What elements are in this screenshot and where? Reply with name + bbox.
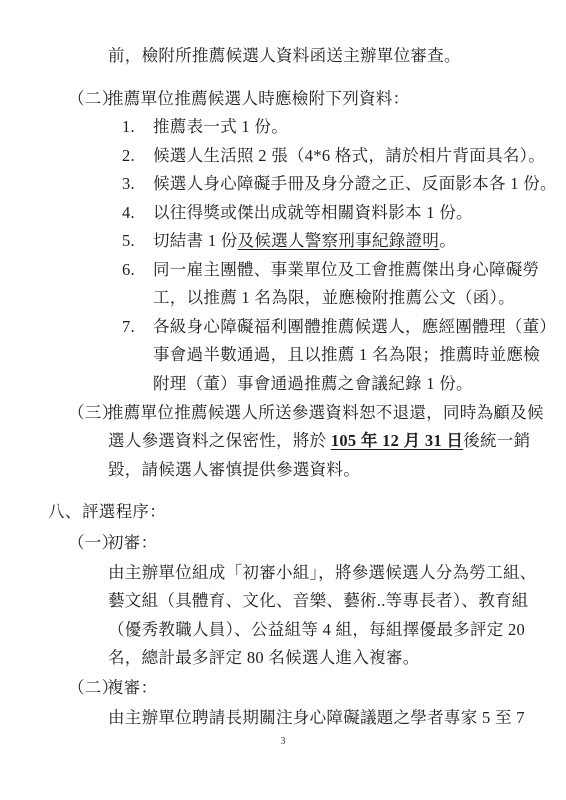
subsection-2-title: 推薦單位推薦候選人時應檢附下列資料： — [107, 89, 409, 108]
item-text: 推薦表一式 1 份。 — [153, 117, 288, 136]
initial-review-label: （一） — [68, 533, 107, 553]
item-number: 2. — [122, 146, 153, 166]
subsection-3-label: （三） — [68, 403, 107, 423]
item-text: 。 — [439, 231, 456, 250]
subsection-2-label: （二） — [68, 89, 107, 109]
second-review-label: （二） — [68, 678, 107, 698]
subsection-3-text: 推薦單位推薦候選人所送參選資料恕不退還，同時為顧及候 — [107, 403, 544, 422]
initial-review-line-2: 藝文組（具體育、文化、音樂、藝術..等專長者）、教育組 — [108, 591, 529, 611]
attachment-item-3: 3.候選人身心障礙手冊及身分證之正、反面影本各 1 份。 — [122, 174, 557, 194]
item-text: 候選人生活照 2 張（4*6 格式，請於相片背面具名）。 — [153, 146, 545, 165]
carryover-line: 前，檢附所推薦候選人資料函送主辦單位審查。 — [108, 46, 461, 66]
initial-review-line-1: 由主辦單位組成「初審小組」，將參選候選人分為勞工組、 — [108, 563, 537, 583]
second-review-line-1: 由主辦單位聘請長期關注身心障礙議題之學者專家 5 至 7 — [108, 708, 525, 728]
subsection-2-heading: （二）推薦單位推薦候選人時應檢附下列資料： — [68, 89, 409, 109]
item-text-underlined: 及候選人警察刑事紀錄證明 — [238, 231, 440, 250]
deadline-date: 105 年 12 月 31 日 — [331, 431, 463, 450]
item-text: 候選人身心障礙手冊及身分證之正、反面影本各 1 份。 — [153, 174, 557, 193]
subsection-3-heading: （三）推薦單位推薦候選人所送參選資料恕不退還，同時為顧及候 — [68, 403, 544, 423]
item-number: 4. — [122, 203, 153, 223]
item-text: 以往得獎或傑出成就等相關資料影本 1 份。 — [153, 203, 473, 222]
item-text: 切結書 1 份 — [153, 231, 238, 250]
item-text: 各級身心障礙福利團體推薦候選人，應經團體理（董） — [153, 317, 556, 336]
attachment-item-7-line-2: 事會過半數通過，且以推薦 1 名為限；推薦時並應檢 — [153, 345, 540, 365]
attachment-item-5: 5.切結書 1 份及候選人警察刑事紀錄證明。 — [122, 231, 456, 251]
subsection-3-text: 選人參選資料之保密性，將於 — [108, 431, 331, 450]
section-8-label: 八、 — [48, 502, 82, 522]
item-number: 7. — [122, 317, 153, 337]
attachment-item-7-line-3: 附理（董）事會通過推薦之會議紀錄 1 份。 — [153, 374, 473, 394]
attachment-item-7: 7.各級身心障礙福利團體推薦候選人，應經團體理（董） — [122, 317, 556, 337]
initial-review-heading: （一）初審： — [68, 533, 157, 553]
document-page: 前，檢附所推薦候選人資料函送主辦單位審查。 （二）推薦單位推薦候選人時應檢附下列… — [0, 0, 566, 800]
item-number: 3. — [122, 174, 153, 194]
initial-review-line-3: （優秀教職人員）、公益組等 4 組，每組擇優最多評定 20 — [108, 620, 525, 640]
subsection-3-line-2: 選人參選資料之保密性，將於 105 年 12 月 31 日後統一銷 — [108, 431, 530, 451]
subsection-3-line-3: 毀，請候選人審慎提供參選資料。 — [108, 460, 360, 480]
second-review-heading: （二）複審： — [68, 678, 157, 698]
second-review-title: 複審： — [107, 678, 157, 697]
item-text: 同一雇主團體、事業單位及工會推薦傑出身心障礙勞 — [153, 260, 539, 279]
initial-review-line-4: 名，總計最多評定 80 名候選人進入複審。 — [108, 648, 420, 668]
section-8-heading: 八、評選程序： — [48, 502, 166, 522]
attachment-item-2: 2.候選人生活照 2 張（4*6 格式，請於相片背面具名）。 — [122, 146, 545, 166]
attachment-item-4: 4.以往得獎或傑出成就等相關資料影本 1 份。 — [122, 203, 473, 223]
subsection-3-text: 後統一銷 — [463, 431, 530, 450]
item-number: 5. — [122, 231, 153, 251]
section-8-title: 評選程序： — [82, 502, 166, 521]
initial-review-title: 初審： — [107, 533, 157, 552]
item-number: 6. — [122, 260, 153, 280]
page-number: 3 — [0, 736, 566, 747]
attachment-item-6: 6.同一雇主團體、事業單位及工會推薦傑出身心障礙勞 — [122, 260, 539, 280]
item-number: 1. — [122, 117, 153, 137]
attachment-item-1: 1.推薦表一式 1 份。 — [122, 117, 288, 137]
attachment-item-6-line-2: 工，以推薦 1 名為限，並應檢附推薦公文（函）。 — [153, 288, 515, 308]
